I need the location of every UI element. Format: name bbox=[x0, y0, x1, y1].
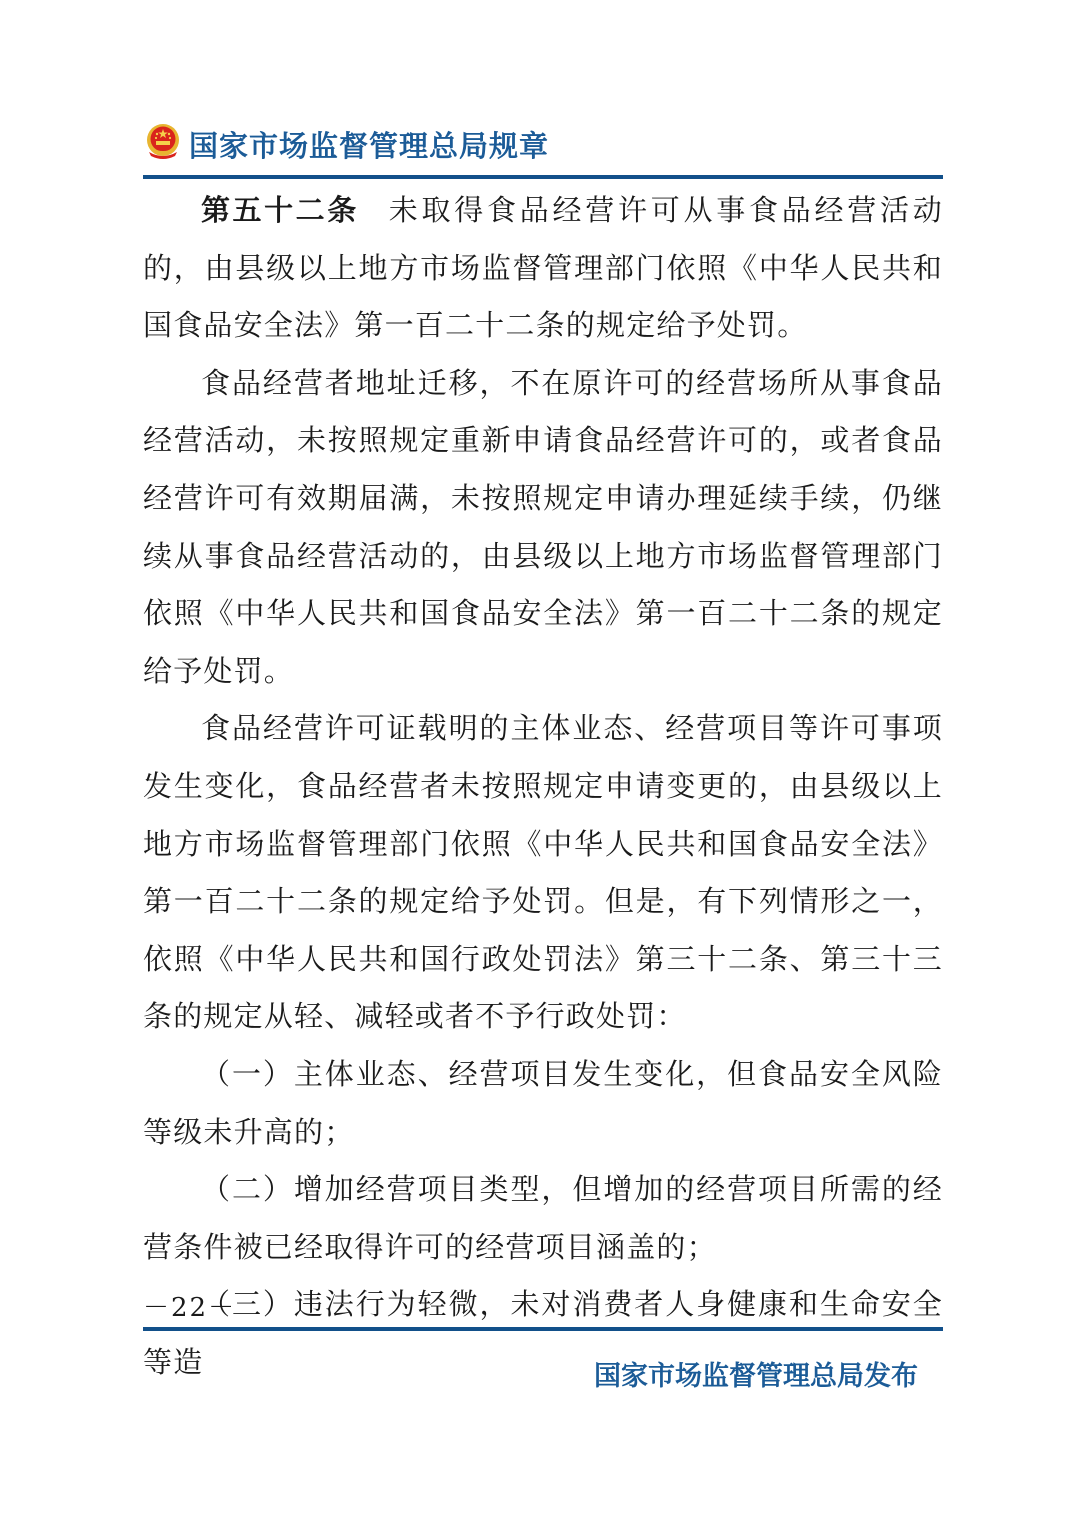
article-number: 第五十二条 bbox=[201, 193, 359, 227]
article-paragraph: 第五十二条未取得食品经营许可从事食品经营活动的，由县级以上地方市场监督管理部门依… bbox=[143, 182, 943, 355]
article-paragraph: 食品经营者地址迁移，不在原许可的经营场所从事食品经营活动，未按照规定重新申请食品… bbox=[143, 355, 943, 701]
national-emblem-icon bbox=[143, 122, 183, 162]
header-divider bbox=[143, 175, 943, 179]
page-number: －22－ bbox=[143, 1287, 236, 1324]
publisher-label: 国家市场监督管理总局发布 bbox=[594, 1354, 918, 1393]
article-paragraph: 食品经营许可证载明的主体业态、经营项目等许可事项发生变化，食品经营者未按照规定申… bbox=[143, 700, 943, 1046]
footer-divider bbox=[143, 1327, 943, 1331]
list-item: （二）增加经营项目类型，但增加的经营项目所需的经营条件被已经取得许可的经营项目涵… bbox=[143, 1161, 943, 1276]
list-item: （一）主体业态、经营项目发生变化，但食品安全风险等级未升高的； bbox=[143, 1046, 943, 1161]
document-body: 第五十二条未取得食品经营许可从事食品经营活动的，由县级以上地方市场监督管理部门依… bbox=[143, 182, 943, 1391]
page-header: 国家市场监督管理总局规章 bbox=[143, 118, 943, 178]
header-title: 国家市场监督管理总局规章 bbox=[189, 124, 549, 165]
